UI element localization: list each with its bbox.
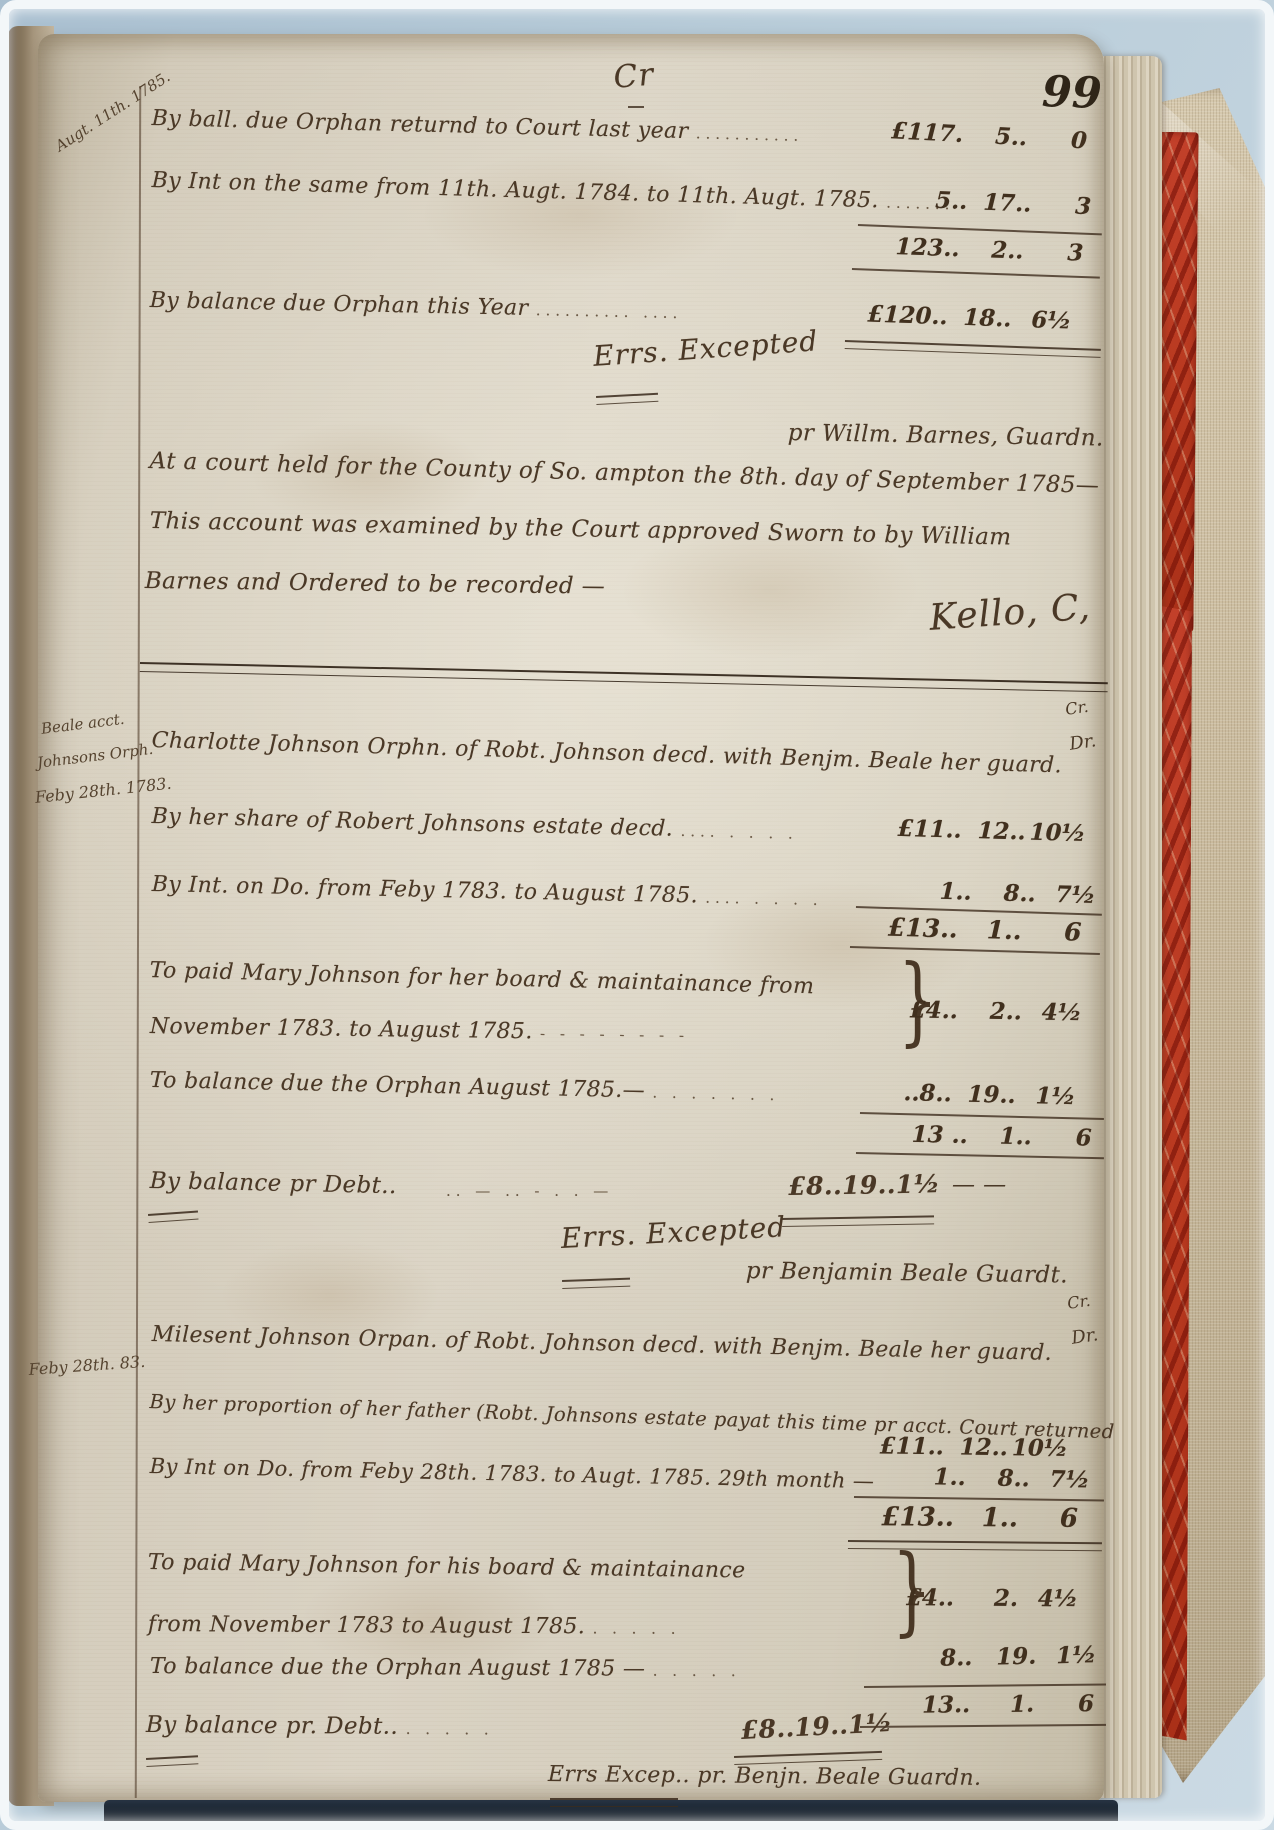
pounds: 1.. — [869, 1462, 966, 1491]
corner-dr-mark: Dr. — [1068, 730, 1097, 755]
shillings: 19.. — [951, 1080, 1016, 1109]
pounds: 13 .. — [871, 1120, 968, 1149]
shillings: 1.. — [954, 1503, 1018, 1534]
corner-dr-mark: Dr. — [1070, 1324, 1099, 1349]
pounds: £117. — [867, 116, 964, 148]
entry-line: from November 1783 to August 1785. . . .… — [148, 1612, 681, 1640]
sum-amount: 13.. 1. 6 — [874, 1690, 1094, 1719]
dash-leader: .. — .. - . . — — [446, 1182, 613, 1200]
pounds: 8.. — [876, 1644, 973, 1673]
shillings: 1. — [970, 1691, 1034, 1719]
shillings: 17.. — [967, 188, 1032, 218]
pounds: £11.. — [848, 1432, 944, 1460]
pence: 6 — [1034, 1690, 1094, 1718]
pence: 0 — [1026, 124, 1087, 154]
pence: 6½ — [1011, 306, 1072, 335]
corner-cr-mark: Cr. — [1066, 1291, 1092, 1313]
amount-lsd: 8.. 19. 1½ — [876, 1641, 1097, 1673]
entry-line: By balance pr Debt.. — [149, 1168, 396, 1199]
pence: 3 — [1023, 238, 1084, 267]
sum-amount: 13 .. 1.. 6 — [871, 1120, 1092, 1152]
shillings: 5.. — [962, 121, 1027, 151]
sum-amount: £13.. 1.. 6 — [858, 1502, 1078, 1534]
shillings: 8.. — [965, 1464, 1030, 1492]
shillings: 2.. — [958, 997, 1022, 1025]
photo-of-ledger: Cr 99 Augt. 11th. 1785. By ball. due Orp… — [0, 0, 1274, 1830]
pounds: ..8.. — [855, 1078, 952, 1107]
shillings: 1.. — [957, 915, 1022, 946]
guardian-signature: pr Willm. Barnes, Guardn. — [788, 420, 1104, 452]
amount-lsd: ..8.. 19.. 1½ — [855, 1078, 1076, 1110]
pounds: £4.. — [888, 996, 958, 1024]
corner-cr-mark: Cr. — [1064, 697, 1090, 719]
pence: 6 — [1018, 1503, 1078, 1534]
dot-leader: .......... .... — [536, 301, 683, 322]
dash-tail: — — — [952, 1172, 1007, 1198]
shillings: 19. — [972, 1643, 1037, 1671]
dot-leader: . . . . . . . — [652, 1084, 779, 1105]
pounds: £11.. — [865, 814, 962, 844]
shillings: 18.. — [947, 303, 1012, 332]
dot-leader: ........... — [696, 124, 804, 145]
guardian-signature: pr Benjamin Beale Guardt. — [746, 1258, 1069, 1288]
pounds: £13.. — [861, 912, 958, 944]
page-number: 99 — [1041, 67, 1103, 119]
pounds: 5.. — [871, 184, 968, 215]
credit-mark: Cr — [612, 56, 656, 95]
credit-mark-tick — [628, 106, 644, 108]
shillings: 1.. — [967, 1122, 1032, 1150]
entry-text: By balance pr Debt.. — [149, 1168, 396, 1199]
pence: 7½ — [1029, 1465, 1090, 1493]
flourish-underline — [550, 1798, 678, 1807]
entry-line: By balance pr. Debt.. . . . . . — [146, 1712, 494, 1740]
errors-excepted-signature: Errs Excep.. pr. Benjn. Beale Guardn. — [548, 1762, 982, 1791]
dot-leader: . . . . . — [653, 1662, 741, 1680]
dot-leader: . . . . . — [406, 1720, 494, 1739]
amount-lsd: 1.. 8.. 7½ — [869, 1462, 1090, 1494]
sum-amount: £13.. 1.. 6 — [861, 912, 1082, 947]
pence: 3 — [1031, 191, 1092, 220]
pence: 1½ — [1015, 1082, 1076, 1110]
pounds: 123.. — [863, 232, 960, 262]
pence: 1½ — [1036, 1641, 1097, 1669]
entry-text: from November 1783 to August 1785. — [148, 1612, 585, 1639]
pence: 7½ — [1035, 880, 1096, 909]
pounds: £4.. — [884, 1584, 954, 1611]
pence: 4½ — [1022, 998, 1082, 1026]
shillings: 12.. — [961, 817, 1026, 846]
pence: 10½ — [1025, 818, 1086, 847]
shillings: 8.. — [971, 879, 1036, 908]
pounds: £120.. — [851, 300, 948, 330]
amount-lsd: £4.. 2. 4½ — [884, 1584, 1078, 1612]
balance-amount: £8..19..1½ — [788, 1169, 940, 1201]
pounds: 1.. — [875, 876, 972, 906]
pounds: £13.. — [858, 1502, 954, 1533]
shillings: 2. — [954, 1584, 1018, 1611]
entry-text: By balance pr. Debt.. — [146, 1712, 398, 1740]
dot-leader: . . . . . — [593, 1619, 681, 1637]
dot-leader: .... . . . . — [680, 822, 798, 843]
entry-text: To balance due the Orphan August 1785 — — [150, 1654, 646, 1682]
shillings: 2.. — [959, 235, 1024, 264]
pence: 4½ — [1018, 1585, 1078, 1612]
shillings: 12.. — [944, 1433, 1008, 1461]
amount-lsd: £11.. 12.. 10½ — [848, 1432, 1068, 1462]
pence: 6 — [1031, 1123, 1092, 1151]
entry-text: November 1783. to August 1785. — [150, 1014, 533, 1044]
entry-line: To balance due the Orphan August 1785 — … — [150, 1654, 741, 1682]
dot-leader: .... . . . . — [705, 889, 823, 909]
amount-lsd: £4.. 2.. 4½ — [888, 996, 1082, 1026]
dash-leader: - - - - - - - - — [540, 1024, 689, 1044]
pence: 6 — [1021, 916, 1082, 947]
pence: 10½ — [1008, 1434, 1068, 1462]
